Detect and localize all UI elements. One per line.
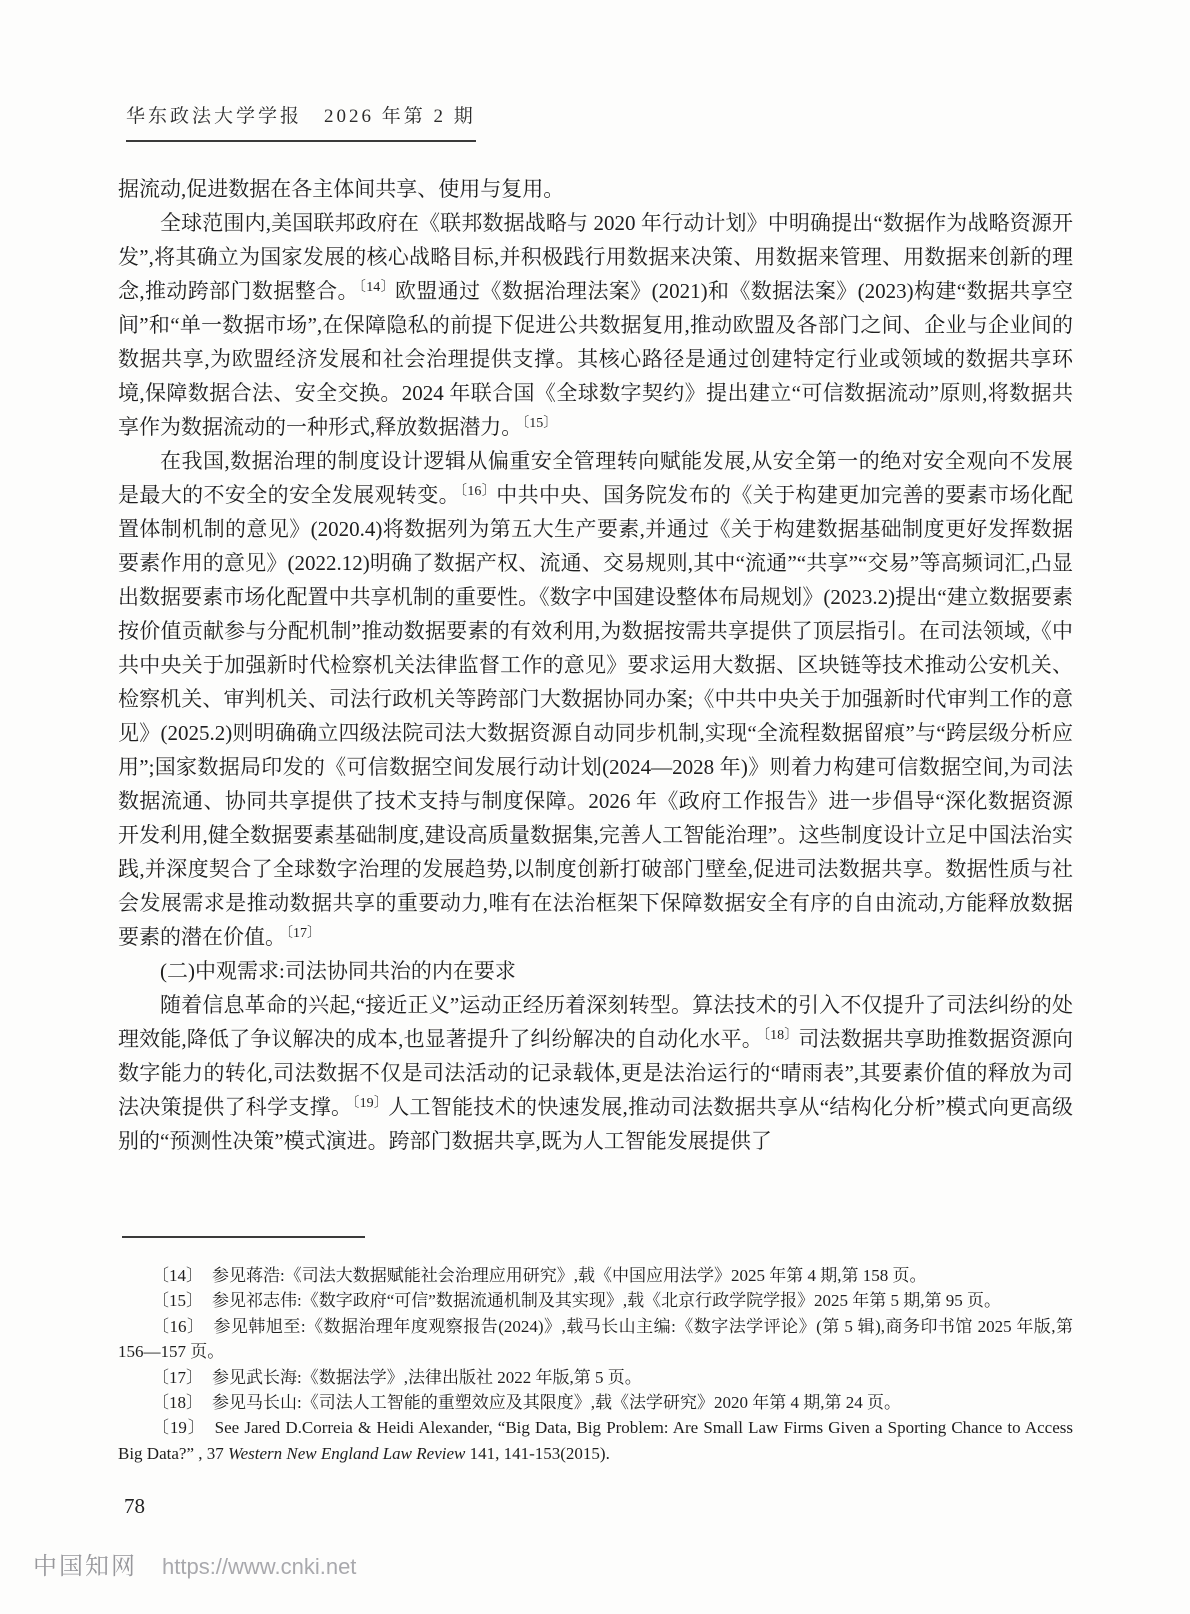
body-paragraph: 全球范围内,美国联邦政府在《联邦数据战略与 2020 年行动计划》中明确提出“数… (118, 206, 1073, 444)
cnki-watermark: 中国知网 https://www.cnki.net (33, 1546, 356, 1581)
footnote-label: 〔16〕 (152, 1317, 204, 1336)
body-paragraph: 在我国,数据治理的制度设计逻辑从偏重安全管理转向赋能发展,从安全第一的绝对安全观… (118, 444, 1073, 954)
footnote-ref: 〔17〕 (286, 926, 321, 941)
footnote: 〔16〕参见韩旭至:《数据治理年度观察报告(2024)》,载马长山主编:《数字法… (118, 1314, 1073, 1365)
running-head: 华东政法大学学报 2026 年第 2 期 (126, 101, 476, 142)
footnote-ref: 〔19〕 (352, 1096, 388, 1111)
section-heading: (二)中观需求:司法协同共治的内在要求 (118, 954, 1073, 988)
text-run: 欧盟通过《数据治理法案》(2021)和《数据法案》(2023)构建“数据共享空间… (118, 279, 1073, 439)
journal-page: 华东政法大学学报 2026 年第 2 期 据流动,促进数据在各主体间共享、使用与… (0, 0, 1190, 1614)
footnote-label: 〔15〕 (152, 1291, 203, 1310)
text-run: 中共中央、国务院发布的《关于构建更加完善的要素市场化配置体制机制的意见》(202… (118, 483, 1073, 949)
body-paragraph: 据流动,促进数据在各主体间共享、使用与复用。 (118, 172, 1073, 206)
footnote-ref: 〔16〕 (460, 484, 496, 499)
footnote-ref: 〔18〕 (763, 1028, 798, 1043)
body-paragraph: 随着信息革命的兴起,“接近正义”运动正经历着深刻转型。算法技术的引入不仅提升了司… (118, 988, 1073, 1158)
footnote: 〔15〕参见祁志伟:《数字政府“可信”数据流通机制及其实现》,载《北京行政学院学… (118, 1288, 1073, 1313)
page-number: 78 (124, 1494, 145, 1519)
cnki-url-watermark: https://www.cnki.net (162, 1554, 356, 1580)
footnote-label: 〔14〕 (152, 1266, 203, 1285)
footnote-ref: 〔15〕 (522, 416, 557, 431)
footnote-divider (122, 1236, 365, 1238)
text-run: 参见蒋浩:《司法大数据赋能社会治理应用研究》,载《中国应用法学》2025 年第 … (212, 1266, 926, 1285)
cnki-brand-watermark: 中国知网 (33, 1546, 137, 1581)
footnote: 〔17〕参见武长海:《数据法学》,法律出版社 2022 年版,第 5 页。 (118, 1365, 1073, 1390)
text-run: (二)中观需求:司法协同共治的内在要求 (160, 959, 516, 983)
footnote: 〔14〕参见蒋浩:《司法大数据赋能社会治理应用研究》,载《中国应用法学》2025… (118, 1263, 1073, 1288)
text-run: 参见马长山:《司法人工智能的重塑效应及其限度》,载《法学研究》2020 年第 4… (212, 1393, 901, 1412)
footnote-ref: 〔14〕 (359, 280, 395, 295)
footnote: 〔18〕参见马长山:《司法人工智能的重塑效应及其限度》,载《法学研究》2020 … (118, 1390, 1073, 1415)
footnote-label: 〔18〕 (152, 1393, 203, 1412)
footnote-label: 〔17〕 (152, 1368, 203, 1387)
text-run: 141, 141-153(2015). (465, 1444, 609, 1463)
text-run: 参见韩旭至:《数据治理年度观察报告(2024)》,载马长山主编:《数字法学评论》… (118, 1317, 1073, 1361)
italic-text: Western New England Law Review (228, 1444, 465, 1463)
footnote: 〔19〕See Jared D.Correia & Heidi Alexande… (118, 1415, 1073, 1466)
text-run: 据流动,促进数据在各主体间共享、使用与复用。 (118, 177, 564, 201)
footnote-label: 〔19〕 (152, 1418, 206, 1437)
text-run: 参见祁志伟:《数字政府“可信”数据流通机制及其实现》,载《北京行政学院学报》20… (212, 1291, 1001, 1310)
body-paragraphs: 据流动,促进数据在各主体间共享、使用与复用。全球范围内,美国联邦政府在《联邦数据… (118, 172, 1073, 1158)
footnote-list: 〔14〕参见蒋浩:《司法大数据赋能社会治理应用研究》,载《中国应用法学》2025… (118, 1263, 1073, 1466)
text-run: 参见武长海:《数据法学》,法律出版社 2022 年版,第 5 页。 (212, 1368, 642, 1387)
